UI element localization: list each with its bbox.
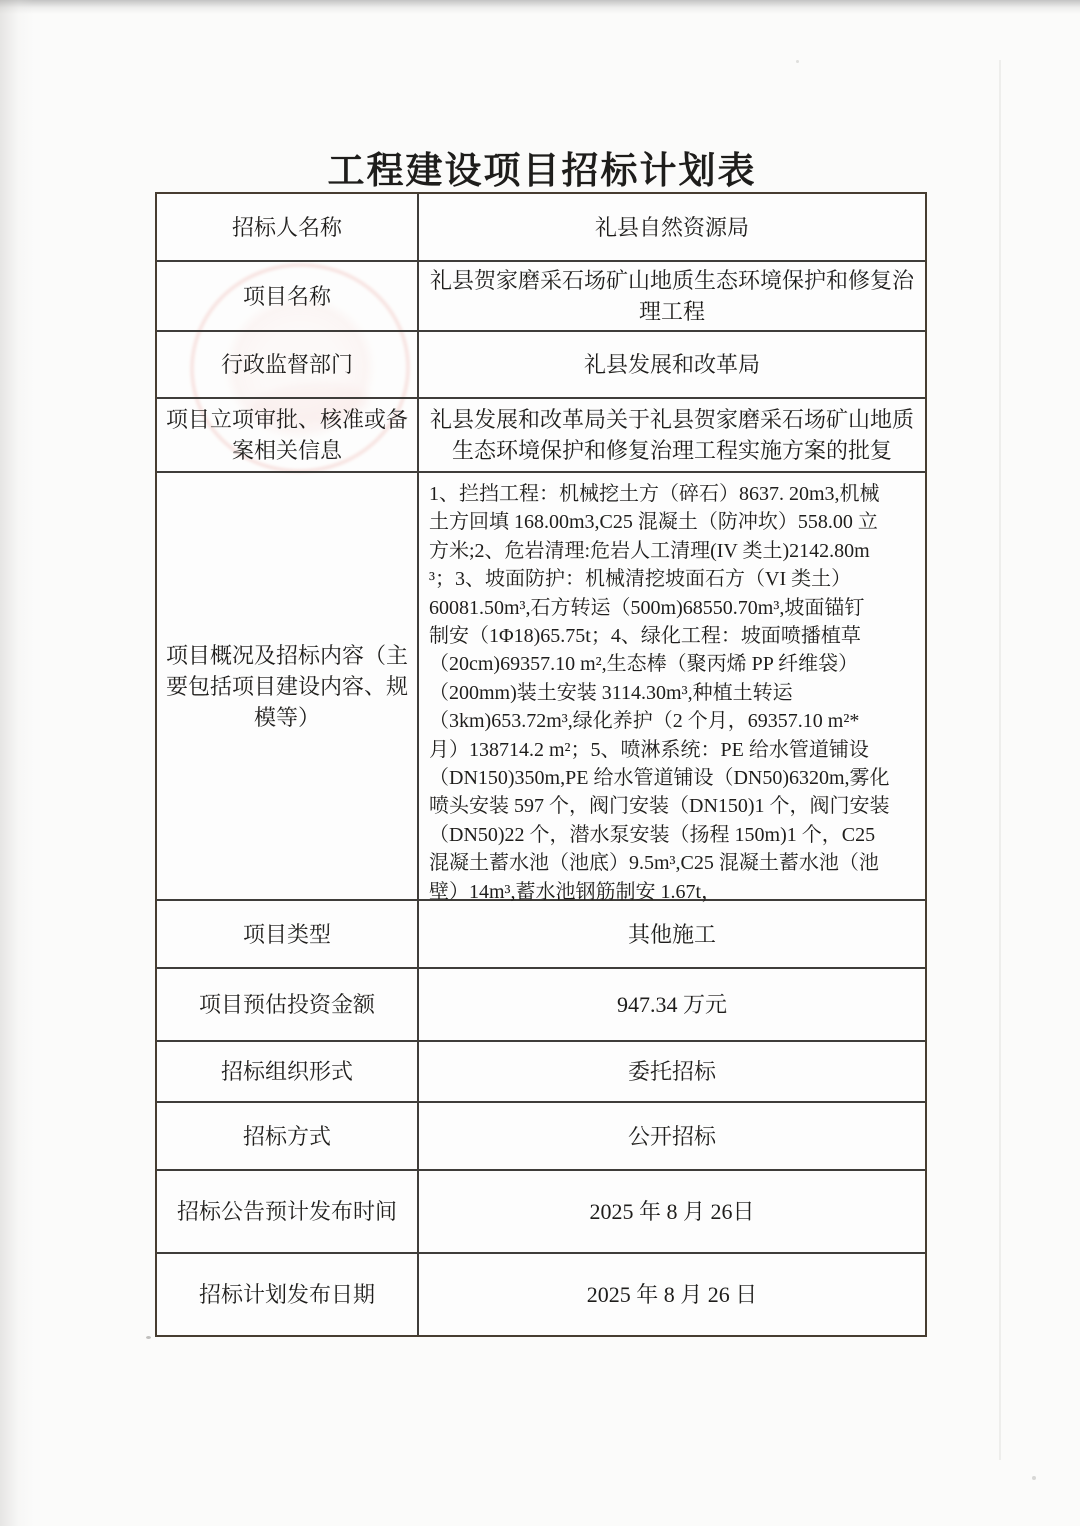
row-label: 项目概况及招标内容（主要包括项目建设内容、规模等） [157, 473, 419, 899]
tender-plan-table: 招标人名称 礼县自然资源局 项目名称 礼县贺家磨采石场矿山地质生态环境保护和修复… [155, 192, 927, 1337]
table-row: 项目预估投资金额 947.34 万元 [157, 969, 925, 1042]
table-row: 招标计划发布日期 2025 年 8 月 26 日 [157, 1254, 925, 1335]
page-title: 工程建设项目招标计划表 [155, 140, 929, 194]
table-row: 招标人名称 礼县自然资源局 [157, 194, 925, 262]
scan-speck [1032, 1476, 1036, 1480]
scan-edge-shadow-top [0, 0, 1080, 14]
table-row: 项目类型 其他施工 [157, 901, 925, 969]
row-label: 行政监督部门 [157, 332, 419, 397]
row-value: 礼县自然资源局 [419, 194, 925, 260]
row-label: 项目名称 [157, 262, 419, 330]
table-row: 项目概况及招标内容（主要包括项目建设内容、规模等） 1、拦挡工程：机械挖土方（碎… [157, 473, 925, 901]
row-value: 2025 年 8 月 26 日 [419, 1254, 925, 1335]
table-row: 招标公告预计发布时间 2025 年 8 月 26日 [157, 1171, 925, 1254]
scan-speck [796, 60, 799, 63]
table-row: 行政监督部门 礼县发展和改革局 [157, 332, 925, 399]
row-value: 礼县发展和改革局关于礼县贺家磨采石场矿山地质生态环境保护和修复治理工程实施方案的… [419, 399, 925, 471]
row-value: 2025 年 8 月 26日 [419, 1171, 925, 1252]
row-label: 招标人名称 [157, 194, 419, 260]
row-value: 947.34 万元 [419, 969, 925, 1040]
scanned-document-page: 工程建设项目招标计划表 招标人名称 礼县自然资源局 项目名称 礼县贺家磨采石场矿… [0, 0, 1080, 1526]
row-label: 项目预估投资金额 [157, 969, 419, 1040]
scan-speck [146, 1336, 151, 1339]
row-value: 公开招标 [419, 1103, 925, 1169]
row-label: 招标组织形式 [157, 1042, 419, 1101]
row-value: 其他施工 [419, 901, 925, 967]
table-row: 项目名称 礼县贺家磨采石场矿山地质生态环境保护和修复治理工程 [157, 262, 925, 332]
row-value: 礼县贺家磨采石场矿山地质生态环境保护和修复治理工程 [419, 262, 925, 330]
row-value: 委托招标 [419, 1042, 925, 1101]
row-label: 招标公告预计发布时间 [157, 1171, 419, 1252]
row-label: 招标计划发布日期 [157, 1254, 419, 1335]
row-value: 1、拦挡工程：机械挖土方（碎石）8637. 20m3,机械 土方回填 168.0… [419, 473, 925, 899]
scan-edge-shadow-left [0, 0, 34, 1526]
row-label: 项目类型 [157, 901, 419, 967]
scan-fold-line [999, 60, 1001, 1460]
row-label: 项目立项审批、核准或备案相关信息 [157, 399, 419, 471]
row-label: 招标方式 [157, 1103, 419, 1169]
table-row: 项目立项审批、核准或备案相关信息 礼县发展和改革局关于礼县贺家磨采石场矿山地质生… [157, 399, 925, 473]
row-value: 礼县发展和改革局 [419, 332, 925, 397]
table-row: 招标方式 公开招标 [157, 1103, 925, 1171]
table-row: 招标组织形式 委托招标 [157, 1042, 925, 1103]
